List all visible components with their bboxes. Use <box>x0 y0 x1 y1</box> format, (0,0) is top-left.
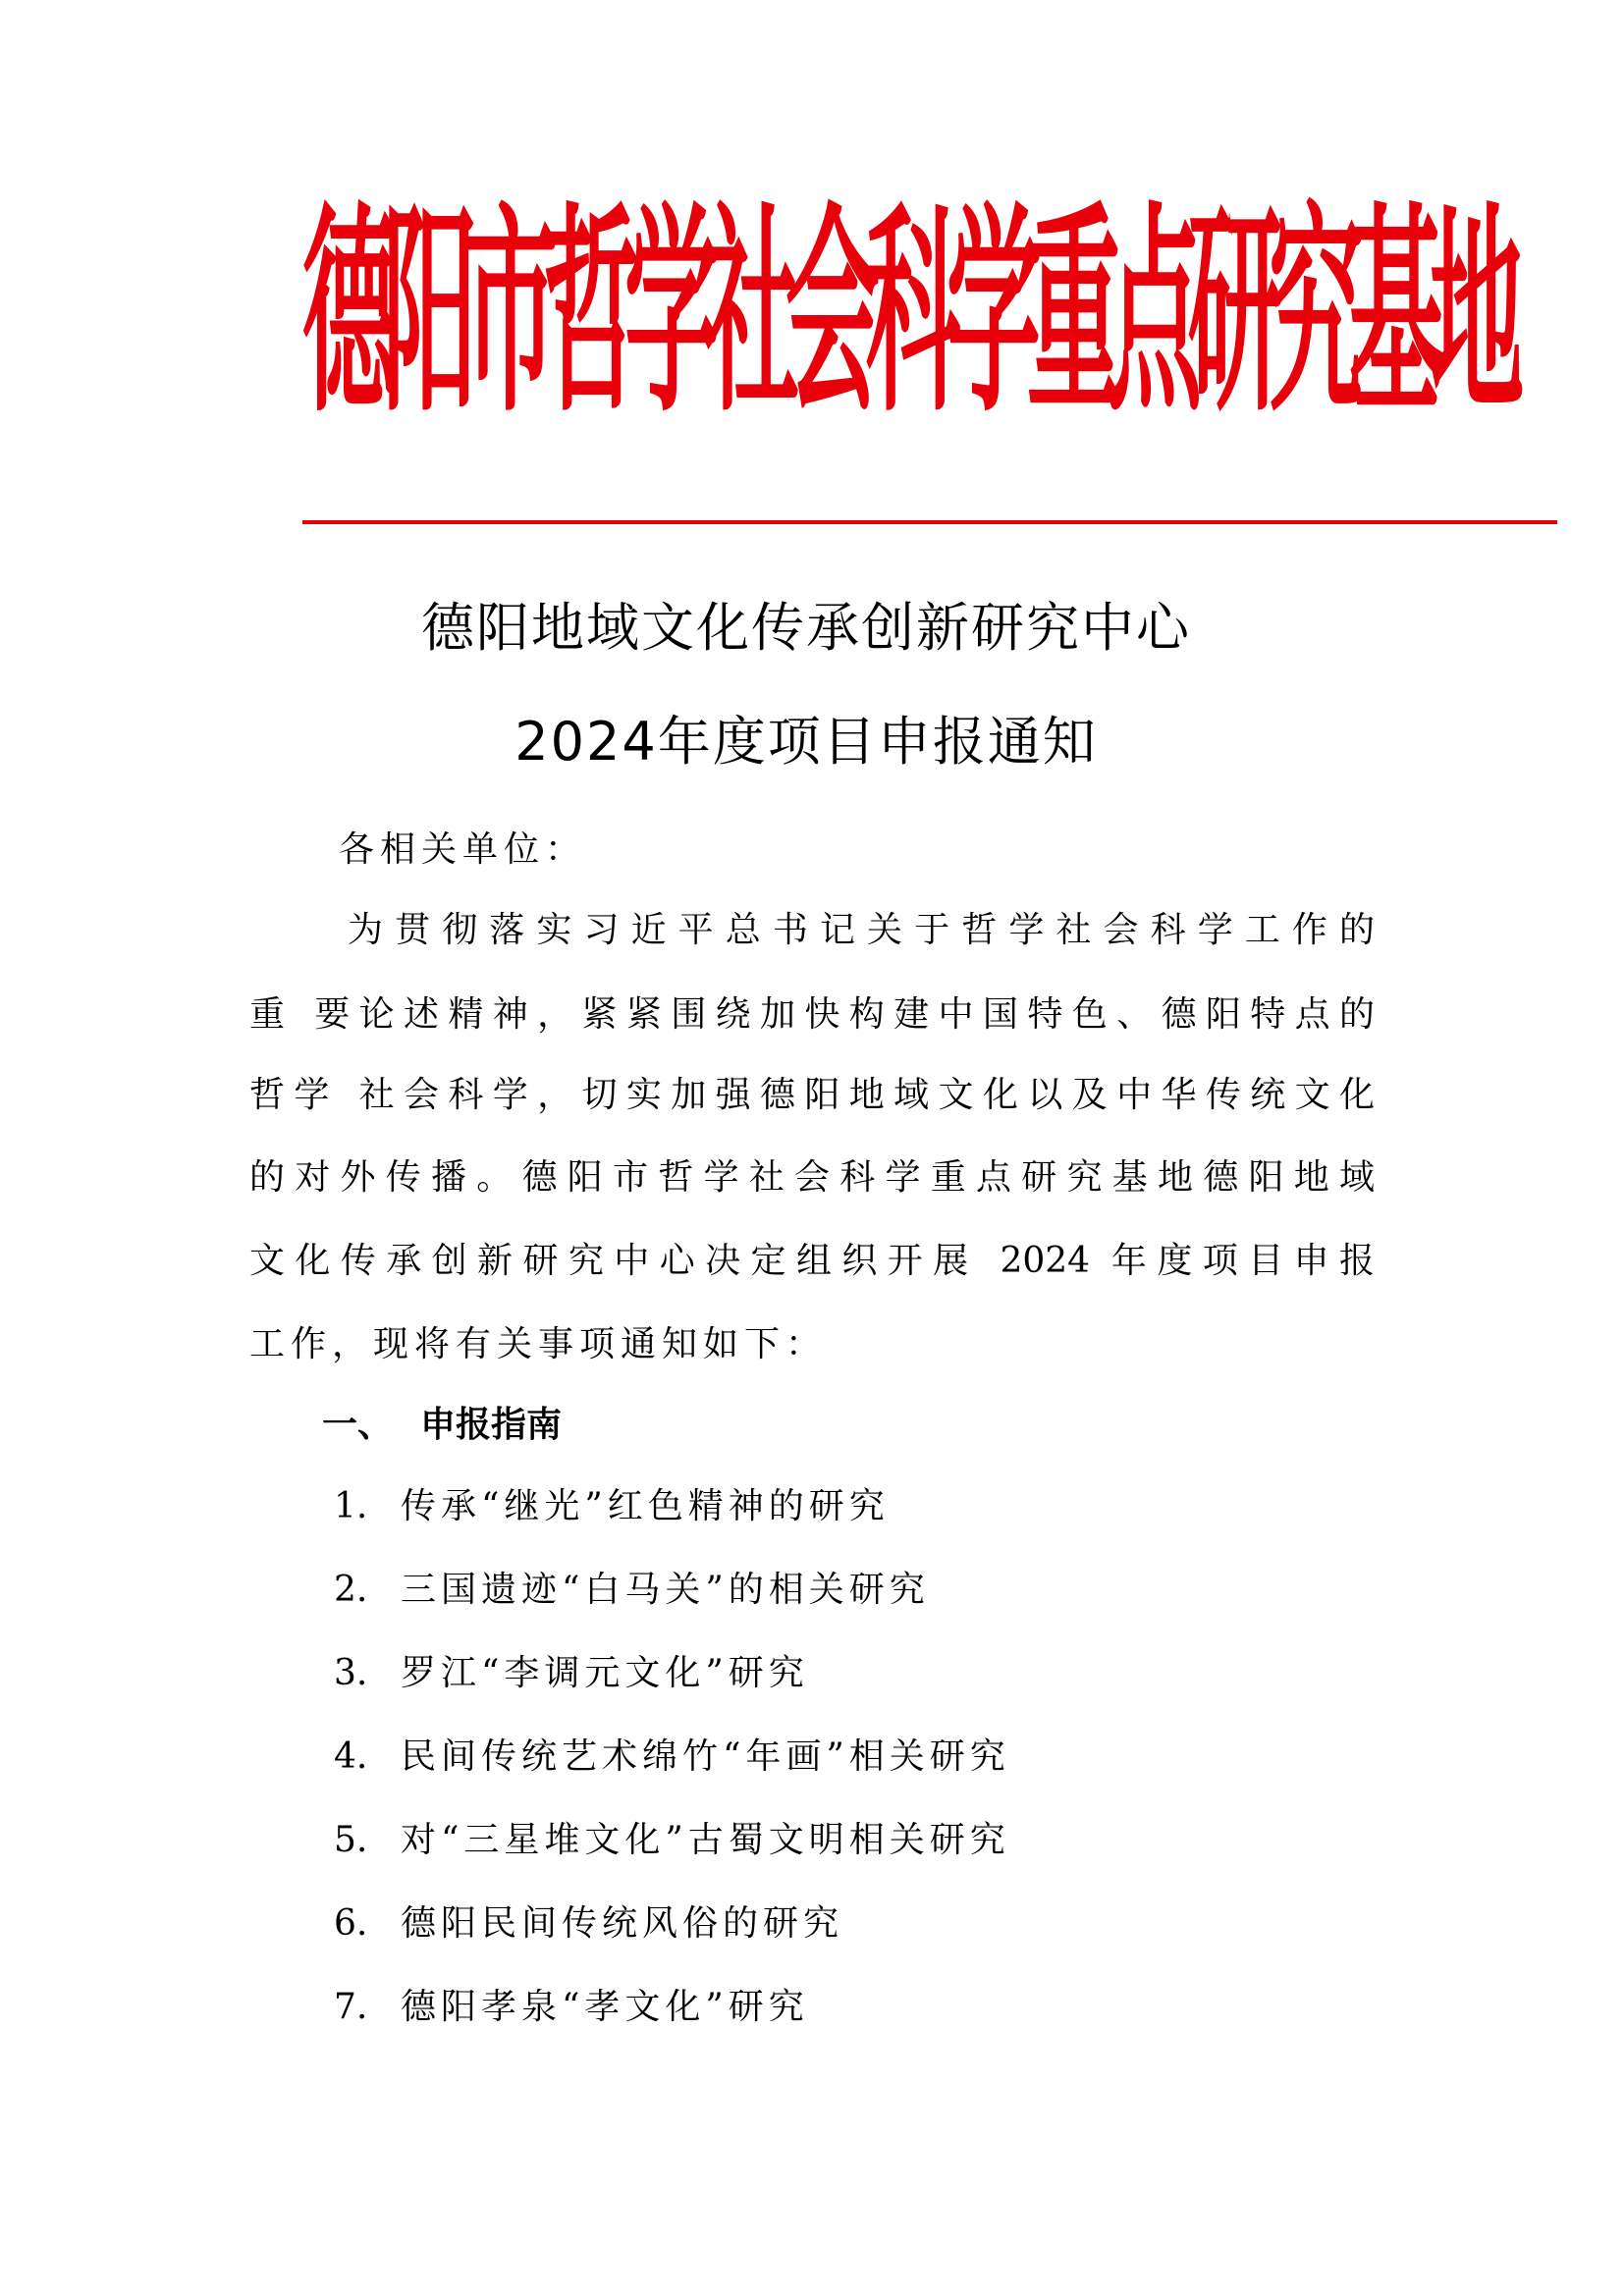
letterhead-char: 科 <box>866 202 947 424</box>
body-paragraph-line: 文化传承创新研究中心决定组织开展 2024 年度项目申报 <box>249 1240 1375 1283</box>
letterhead-char: 学 <box>947 202 1027 424</box>
list-item-text: 对“三星堆文化”古蜀文明相关研究 <box>401 1820 1010 1860</box>
salutation: 各相关单位： <box>339 828 586 872</box>
list-item-text: 德阳孝泉“孝文化”研究 <box>401 1987 809 2027</box>
guide-list-item: 2.三国遗迹“白马关”的相关研究 <box>334 1569 930 1612</box>
list-item-number: 3. <box>334 1652 401 1695</box>
letterhead-char: 哲 <box>544 202 624 424</box>
document-title-line-2: 2024年度项目申报通知 <box>0 713 1618 772</box>
body-paragraph-line: 哲学 社会科学，切实加强德阳地域文化以及中华传统文化 <box>249 1074 1375 1117</box>
letterhead-char: 点 <box>1108 202 1188 424</box>
letterhead-char: 地 <box>1430 202 1510 424</box>
letterhead-char: 社 <box>705 202 785 424</box>
document-page: 德 阳 市 哲 学 社 会 科 学 重 点 研 究 基 地 德阳地域文化传承创新… <box>0 0 1624 2296</box>
letterhead-char: 德 <box>302 202 383 424</box>
list-item-number: 2. <box>334 1569 401 1612</box>
guide-list-item: 1.传承“继光”红色精神的研究 <box>334 1485 890 1528</box>
letterhead-char: 基 <box>1349 202 1430 424</box>
section-heading: 一、申报指南 <box>322 1404 562 1447</box>
list-item-text: 三国遗迹“白马关”的相关研究 <box>401 1570 930 1610</box>
letterhead-char: 学 <box>624 202 705 424</box>
body-paragraph-line: 的对外传播。德阳市哲学社会科学重点研究基地德阳地域 <box>249 1156 1375 1200</box>
letterhead-char: 究 <box>1269 202 1349 424</box>
letterhead-char: 会 <box>785 202 866 424</box>
body-paragraph-line: 为贯彻落实习近平总书记关于哲学社会科学工作的 <box>348 909 1375 952</box>
letterhead-divider <box>302 520 1557 524</box>
letterhead-char: 阳 <box>383 202 463 424</box>
guide-list-item: 4.民间传统艺术绵竹“年画”相关研究 <box>334 1735 1010 1779</box>
guide-list-item: 6.德阳民间传统风俗的研究 <box>334 1902 843 1946</box>
section-number: 一、 <box>322 1404 420 1447</box>
list-item-number: 1. <box>334 1485 401 1528</box>
guide-list-item: 7.德阳孝泉“孝文化”研究 <box>334 1986 809 2029</box>
list-item-number: 6. <box>334 1902 401 1946</box>
section-title: 申报指南 <box>420 1405 562 1445</box>
body-paragraph-line: 工作，现将有关事项通知如下： <box>249 1323 1375 1366</box>
list-item-number: 4. <box>334 1735 401 1779</box>
letterhead-title: 德 阳 市 哲 学 社 会 科 学 重 点 研 究 基 地 <box>302 201 1432 425</box>
list-item-text: 德阳民间传统风俗的研究 <box>401 1903 843 1944</box>
guide-list-item: 5.对“三星堆文化”古蜀文明相关研究 <box>334 1819 1010 1862</box>
list-item-text: 传承“继光”红色精神的研究 <box>401 1486 890 1526</box>
document-title-line-1: 德阳地域文化传承创新研究中心 <box>0 599 1618 658</box>
letterhead-char: 研 <box>1188 202 1269 424</box>
list-item-text: 民间传统艺术绵竹“年画”相关研究 <box>401 1736 1010 1777</box>
list-item-text: 罗江“李调元文化”研究 <box>401 1653 809 1693</box>
list-item-number: 5. <box>334 1819 401 1862</box>
guide-list-item: 3.罗江“李调元文化”研究 <box>334 1652 809 1695</box>
letterhead-char: 市 <box>463 202 544 424</box>
letterhead-char: 重 <box>1027 202 1108 424</box>
list-item-number: 7. <box>334 1986 401 2029</box>
body-paragraph-line: 重 要论述精神，紧紧围绕加快构建中国特色、德阳特点的 <box>249 993 1375 1037</box>
